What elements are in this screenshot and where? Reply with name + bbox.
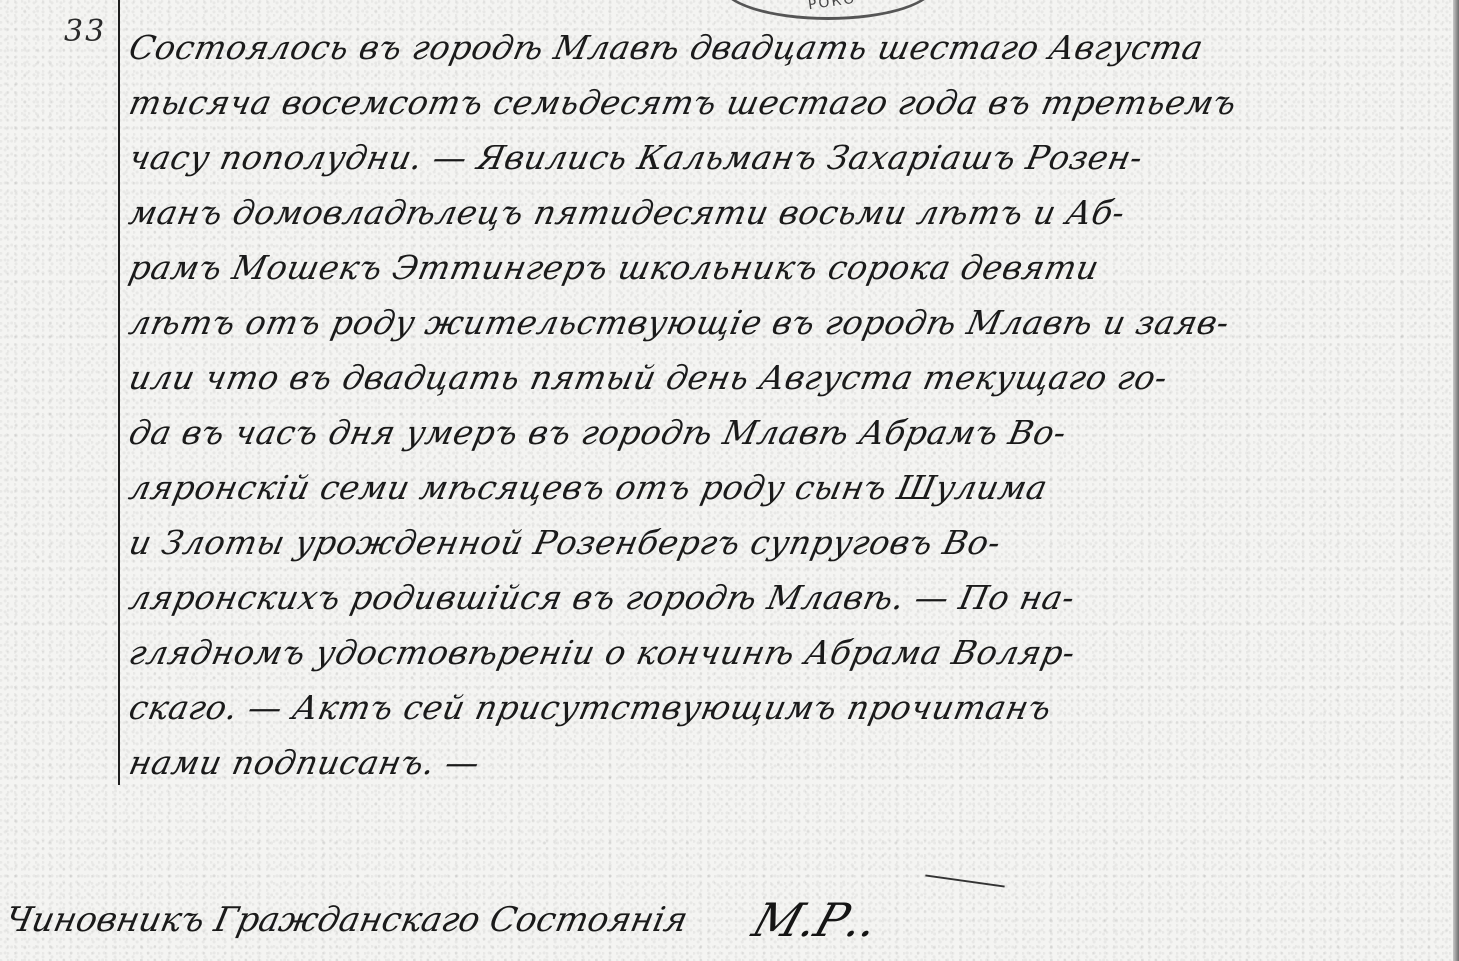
text-line: и Злоты урожденной Розенбергъ супруговъ …	[124, 515, 1456, 570]
flourish-mark	[925, 874, 1004, 887]
document-page: РОКО 33 Состоялось въ городѣ Млавѣ двадц…	[0, 0, 1459, 961]
official-title: Чиновникъ Гражданскаго Состоянія	[2, 900, 691, 940]
text-line: или что въ двадцать пятый день Августа т…	[124, 350, 1456, 405]
signature-block: Чиновникъ Гражданскаго Состоянія М.Р..	[6, 885, 877, 955]
text-line: скаго. — Актъ сей присутствующимъ прочит…	[124, 680, 1456, 735]
text-line: Состоялось въ городѣ Млавѣ двадцать шест…	[124, 20, 1456, 75]
text-line: ляронскихъ родившійся въ городѣ Млавѣ. —…	[124, 570, 1456, 625]
record-text: Состоялось въ городѣ Млавѣ двадцать шест…	[124, 20, 1444, 790]
text-line: ляронскій семи мѣсяцевъ отъ роду сынъ Шу…	[124, 460, 1456, 515]
text-line: манъ домовладѣлецъ пятидесяти восьми лѣт…	[124, 185, 1456, 240]
text-line: рамъ Мошекъ Эттингеръ школьникъ сорока д…	[124, 240, 1456, 295]
margin-rule	[118, 0, 120, 785]
page-edge	[1453, 0, 1459, 961]
entry-number: 33	[64, 14, 106, 49]
text-line: тысяча восемсотъ семьдесятъ шестаго года…	[124, 75, 1456, 130]
text-line: лѣтъ отъ роду жительствующіе въ городѣ М…	[124, 295, 1456, 350]
signature: М.Р..	[746, 893, 885, 947]
text-line: да въ часъ дня умеръ въ городѣ Млавѣ Абр…	[124, 405, 1456, 460]
text-line: нами подписанъ. —	[124, 735, 1456, 790]
text-line: глядномъ удостовѣреніи о кончинѣ Абрама …	[124, 625, 1456, 680]
text-line: часу пополудни. — Явились Кальманъ Захар…	[124, 130, 1456, 185]
